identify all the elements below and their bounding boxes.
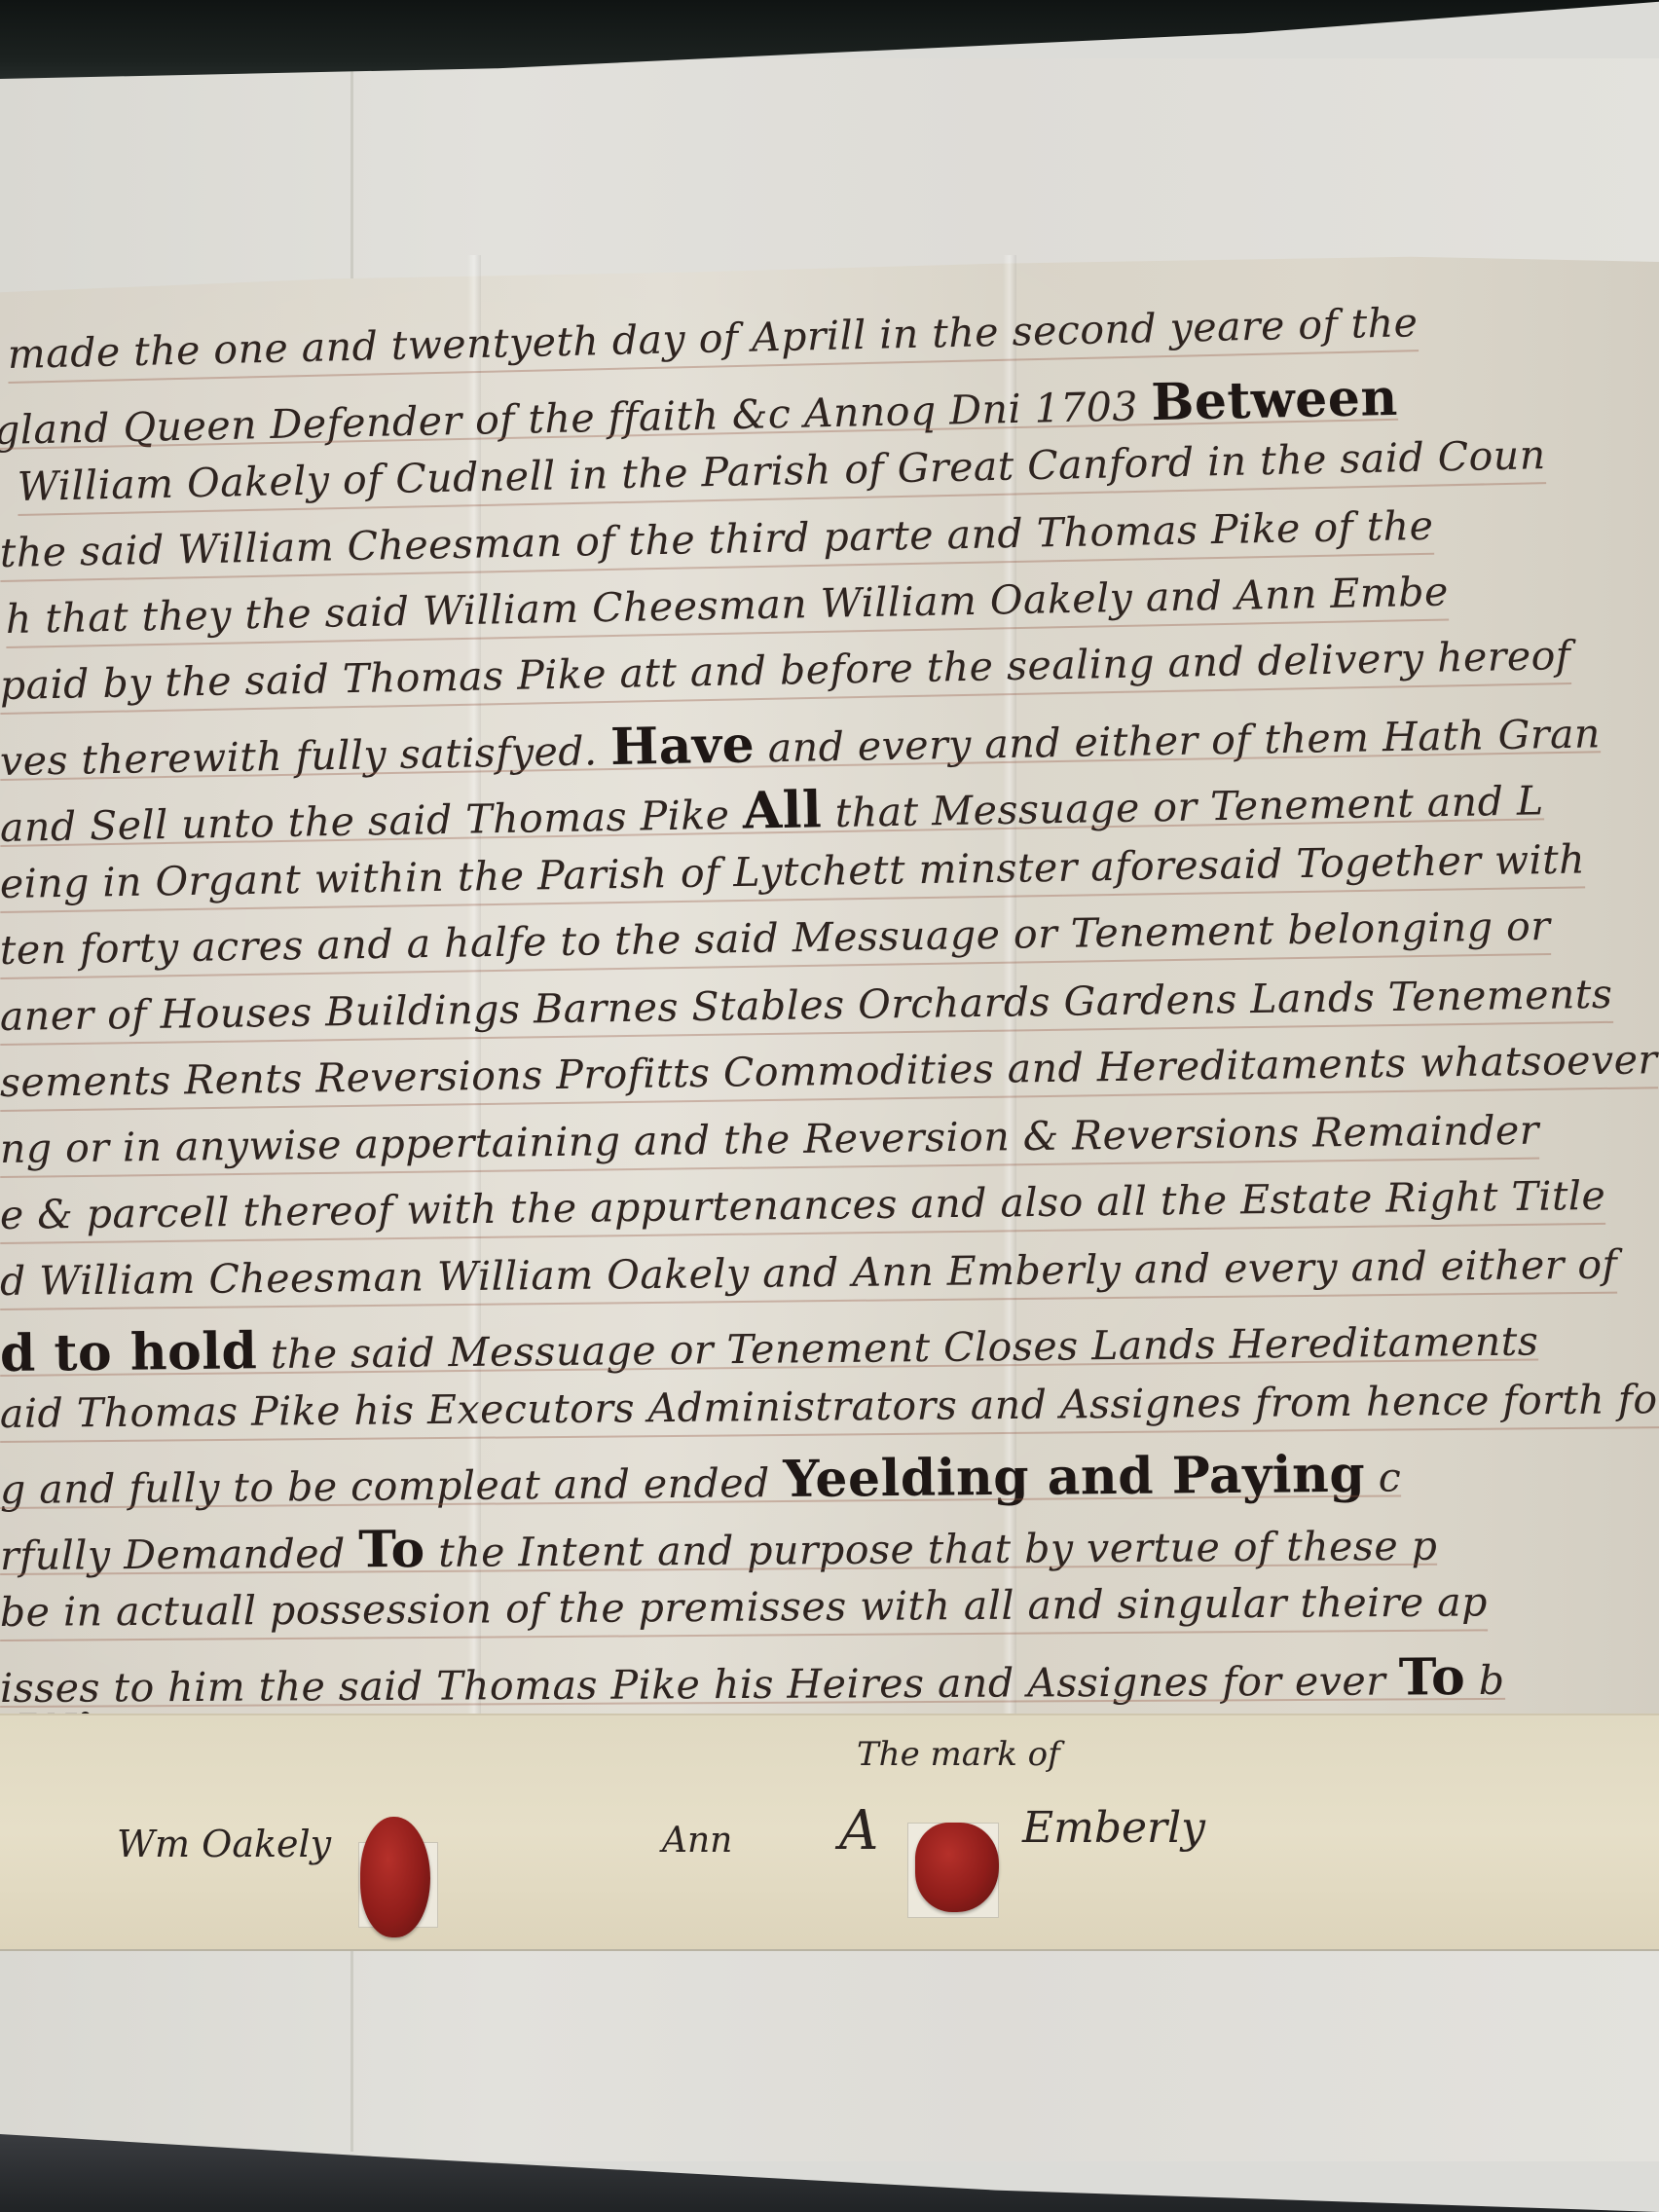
text-line-19: rfully Demanded To the Intent and purpos…: [0, 1513, 1438, 1583]
signature-oakely: Wm Oakely: [117, 1823, 331, 1865]
line-text: ves therewith fully satisfyed.: [0, 727, 598, 785]
line-text-after: the Intent and purpose that by vertue of…: [438, 1523, 1437, 1576]
line-text-after: c: [1379, 1454, 1402, 1500]
emphasis-to: To: [358, 1520, 425, 1579]
line-text-after: the said Messuage or Tenement Closes Lan…: [271, 1317, 1539, 1378]
text-line-18: g and fully to be compleat and ended Yee…: [0, 1444, 1401, 1517]
line-text: and Sell unto the said Thomas Pike: [0, 792, 730, 851]
signature-mark: A: [839, 1799, 878, 1862]
emphasis-between: Between: [1151, 368, 1399, 432]
emphasis-have: Have: [610, 715, 756, 777]
line-text: g and fully to be compleat and ended: [0, 1459, 770, 1513]
line-text-after: b: [1479, 1657, 1505, 1704]
witness-note: The mark of: [857, 1735, 1060, 1774]
line-text: rfully Demanded: [0, 1530, 346, 1579]
emphasis-to-hold: d to hold: [0, 1321, 258, 1383]
emphasis-to: To: [1399, 1647, 1466, 1707]
text-line-20: be in actuall possession of the premisse…: [0, 1578, 1488, 1649]
wax-seal-2: [915, 1823, 999, 1912]
emphasis-yeelding-and-paying: Yeelding and Paying: [783, 1445, 1365, 1509]
emphasis-all: All: [742, 780, 822, 840]
line-text-after: and every and either of them Hath Gran: [767, 710, 1601, 771]
line-text-after: that Messuage or Tenement and L: [834, 777, 1544, 836]
signature-emberly: Emberly: [1022, 1803, 1205, 1853]
wax-seal-1: [360, 1817, 430, 1937]
signature-area: Wm Oakely The mark of Ann A Emberly: [0, 1715, 1659, 1945]
signature-ann: Ann: [662, 1821, 732, 1861]
line-text: be in actuall possession of the premisse…: [0, 1578, 1488, 1636]
